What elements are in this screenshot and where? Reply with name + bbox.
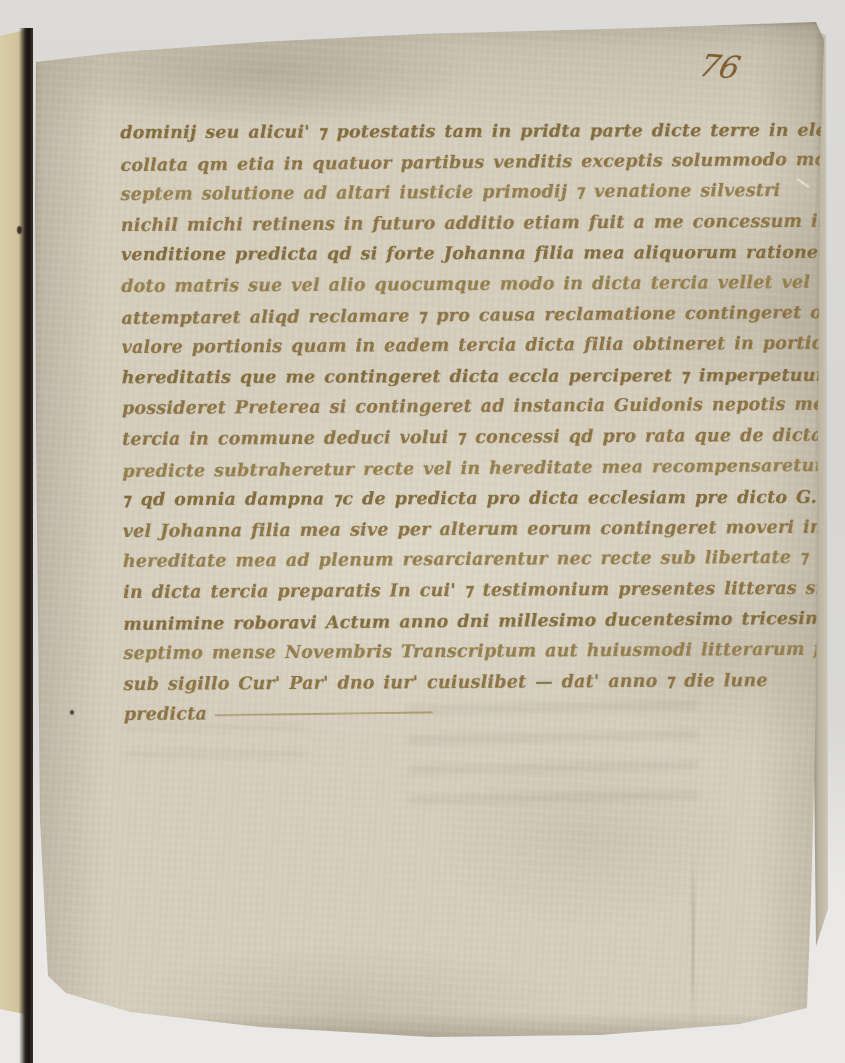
manuscript-line: possideret Preterea si contingeret ad in… <box>122 390 798 425</box>
manuscript-line: venditione predicta qd si forte Johanna … <box>121 238 797 271</box>
manuscript-line: munimine roboravi Actum anno dni millesi… <box>123 604 772 640</box>
pen-flourish <box>215 709 433 717</box>
binding-gutter-shadow <box>19 28 33 1063</box>
dirt-speck <box>70 710 74 715</box>
manuscript-line: dominij seu alicui' ⁊ potestatis tam in … <box>120 116 796 149</box>
manuscript-line: attemptaret aliqd reclamare ⁊ pro causa … <box>121 298 797 334</box>
manuscript-line: septem solutione ad altari iusticie prim… <box>121 177 709 211</box>
manuscript-line: septimo mense Novembris Transcriptum aut… <box>123 635 799 670</box>
manuscript-line: collata qm etia in quatuor partibus vend… <box>120 145 796 181</box>
manuscript-line: ⁊ qd omnia dampna ⁊c de predicta pro dic… <box>122 483 798 516</box>
folio-number: 76 <box>696 48 765 88</box>
manuscript-line: hereditatis que me contingeret dicta ecc… <box>122 361 764 394</box>
manuscript-line: predicte subtraheretur recte vel in here… <box>122 451 798 487</box>
manuscript-line: tercia in commune deduci volui ⁊ concess… <box>122 421 798 456</box>
surface-scratch <box>797 178 810 188</box>
manuscript-line: vel Johanna filia mea sive per alterum e… <box>123 513 799 548</box>
manuscript-line: doto matris sue vel alio quocumque modo … <box>121 268 750 302</box>
verso-showthrough <box>126 725 306 765</box>
manuscript-line: in dicta tercia preparatis In cui' ⁊ tes… <box>123 574 799 609</box>
scan-background: 76 dominij seu alicui' ⁊ potestatis tam … <box>0 0 845 1063</box>
manuscript-line: valore portionis quam in eadem tercia di… <box>121 329 797 364</box>
parchment-page: 76 dominij seu alicui' ⁊ potestatis tam … <box>26 20 826 1042</box>
manuscript-text-block: dominij seu alicui' ⁊ potestatis tam in … <box>120 115 800 731</box>
manuscript-line: sub sigillo Cur' Par' dno iur' cuiuslibe… <box>124 666 746 700</box>
parchment-crease <box>692 850 694 1030</box>
manuscript-line: predicta <box>124 696 800 731</box>
manuscript-line: hereditate mea ad plenum resarciarentur … <box>123 543 779 578</box>
manuscript-line: nichil michi retinens in futuro additio … <box>121 207 797 242</box>
dirt-speck <box>17 226 22 234</box>
